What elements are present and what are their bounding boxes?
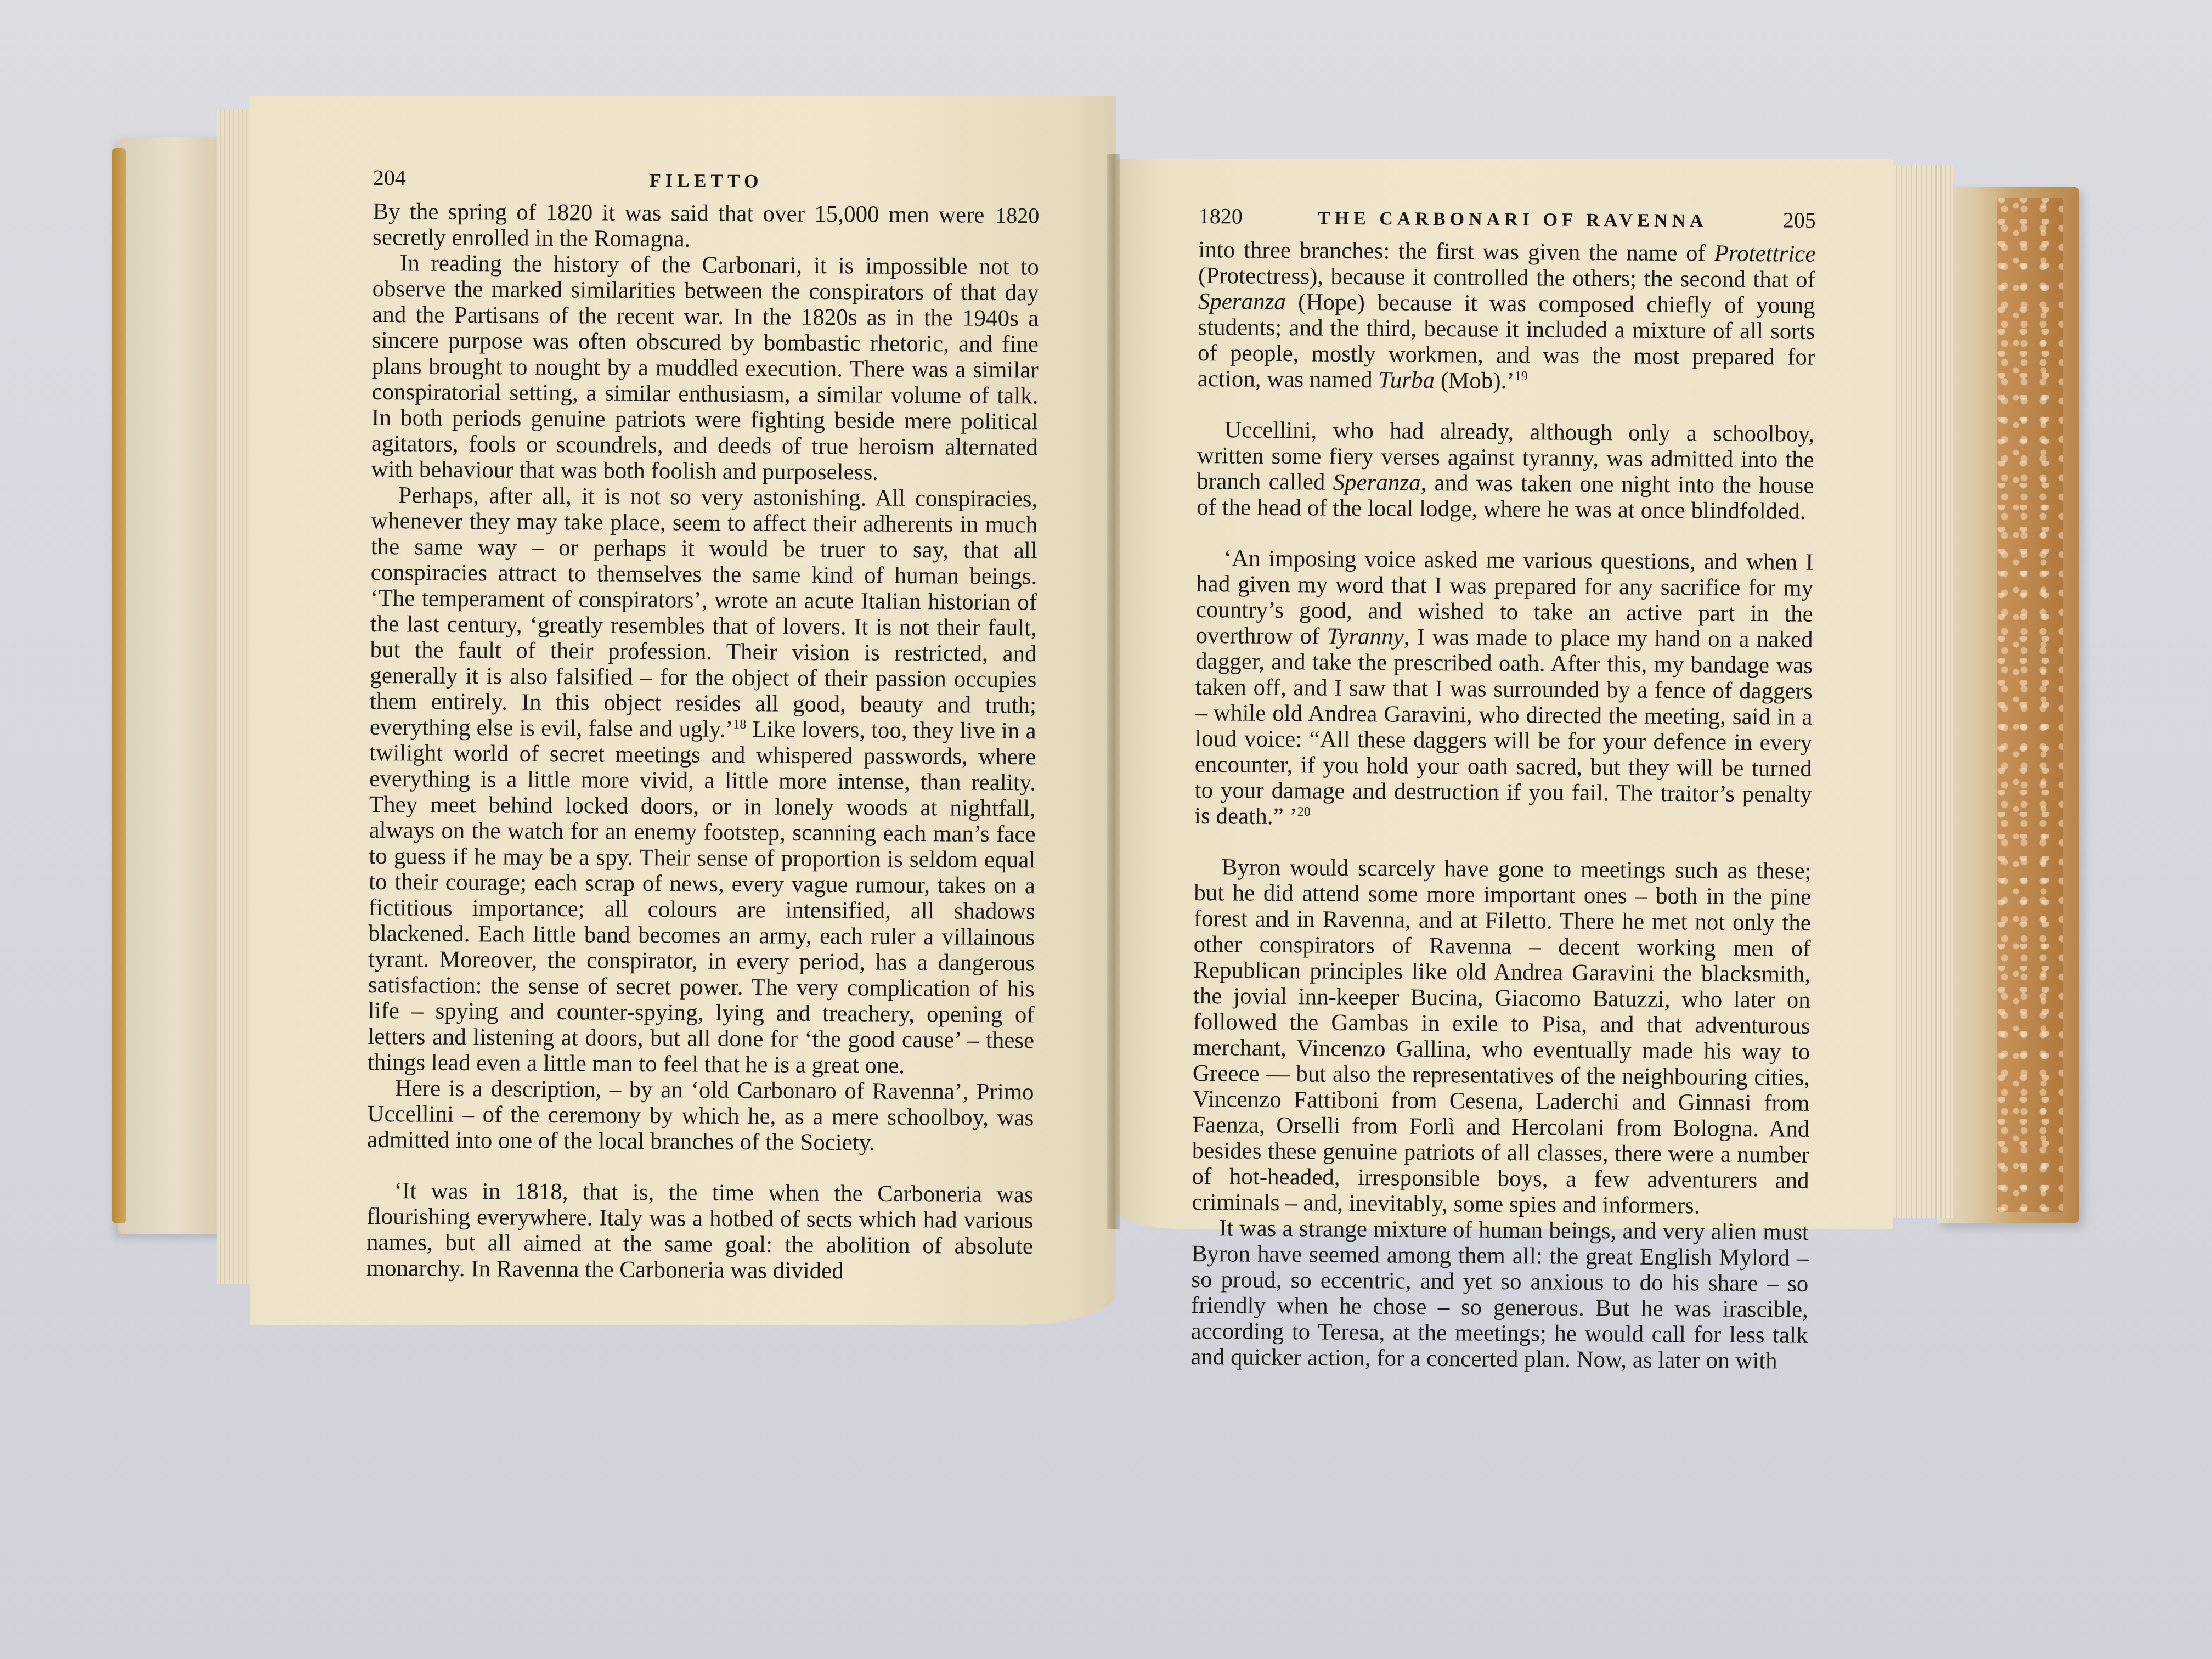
- paragraph-text: By the spring of 1820 it was said that o…: [373, 199, 985, 252]
- right-page-text: 1820 THE CARBONARI OF RAVENNA 205 into t…: [1190, 203, 1816, 1374]
- spacer: [367, 1153, 1034, 1182]
- right-running-head: 1820 THE CARBONARI OF RAVENNA 205: [1199, 203, 1816, 236]
- quote-paragraph: ‘It was in 1818, that is, the time when …: [366, 1178, 1034, 1285]
- paragraph-text: , I was made to place my hand on a naked…: [1194, 624, 1813, 830]
- spacer: [1194, 829, 1812, 859]
- italic-term: Protettrice: [1714, 241, 1816, 267]
- running-head-title-left: FILETTO: [650, 168, 763, 194]
- paragraph-text: (Mob).’: [1435, 368, 1515, 394]
- paragraph: Byron would scarcely have gone to meetin…: [1192, 854, 1812, 1220]
- running-head-title-right: THE CARBONARI OF RAVENNA: [1318, 206, 1708, 234]
- paragraph-text: Perhaps, after all, it is not so very as…: [370, 482, 1038, 742]
- footnote-marker: 18: [733, 718, 746, 732]
- left-page-text: 204 FILETTO 1820 By the spring of 1820 i…: [366, 165, 1040, 1285]
- page-stack-right: [1887, 165, 1953, 1218]
- footnote-marker: 20: [1297, 805, 1311, 819]
- paragraph: In reading the history of the Carbonari,…: [371, 250, 1039, 486]
- paragraph: Uccellini, who had already, although onl…: [1197, 417, 1814, 524]
- open-book: 204 FILETTO 1820 By the spring of 1820 i…: [0, 0, 2212, 1659]
- margin-year-right: 1820: [1199, 203, 1243, 229]
- marbled-cover-pattern: [1997, 198, 2063, 1212]
- paragraph: Perhaps, after all, it is not so very as…: [368, 482, 1038, 1079]
- quote-paragraph: ‘An imposing voice asked me various ques…: [1194, 545, 1814, 833]
- page-number-right: 205: [1783, 207, 1816, 233]
- paragraph-text: Like lovers, too, they live in a twiligh…: [368, 716, 1036, 1079]
- book-gutter: [1107, 154, 1120, 1229]
- italic-term: Tyranny: [1327, 624, 1404, 650]
- paragraph-text: (Protectress), because it controlled the…: [1198, 263, 1815, 293]
- paragraph: 1820 By the spring of 1820 it was said t…: [373, 199, 1040, 254]
- spacer: [1197, 520, 1814, 550]
- italic-term: Speranza: [1333, 470, 1420, 496]
- margin-year-left: 1820: [995, 202, 1039, 228]
- italic-term: Turba: [1378, 367, 1435, 393]
- left-running-head: 204 FILETTO: [373, 165, 1040, 197]
- book-cover-right-edge: [1937, 187, 2079, 1223]
- paragraph: Here is a description, – by an ‘old Carb…: [367, 1075, 1034, 1156]
- paragraph-text: into three branches: the first was given…: [1198, 237, 1714, 267]
- paragraph: into three branches: the first was given…: [1198, 237, 1816, 396]
- italic-term: Speranza: [1198, 289, 1286, 315]
- footnote-marker: 19: [1515, 369, 1528, 383]
- page-number-left: 204: [373, 165, 406, 190]
- spacer: [1197, 392, 1814, 421]
- paragraph: It was a strange mixture of human beings…: [1190, 1215, 1809, 1374]
